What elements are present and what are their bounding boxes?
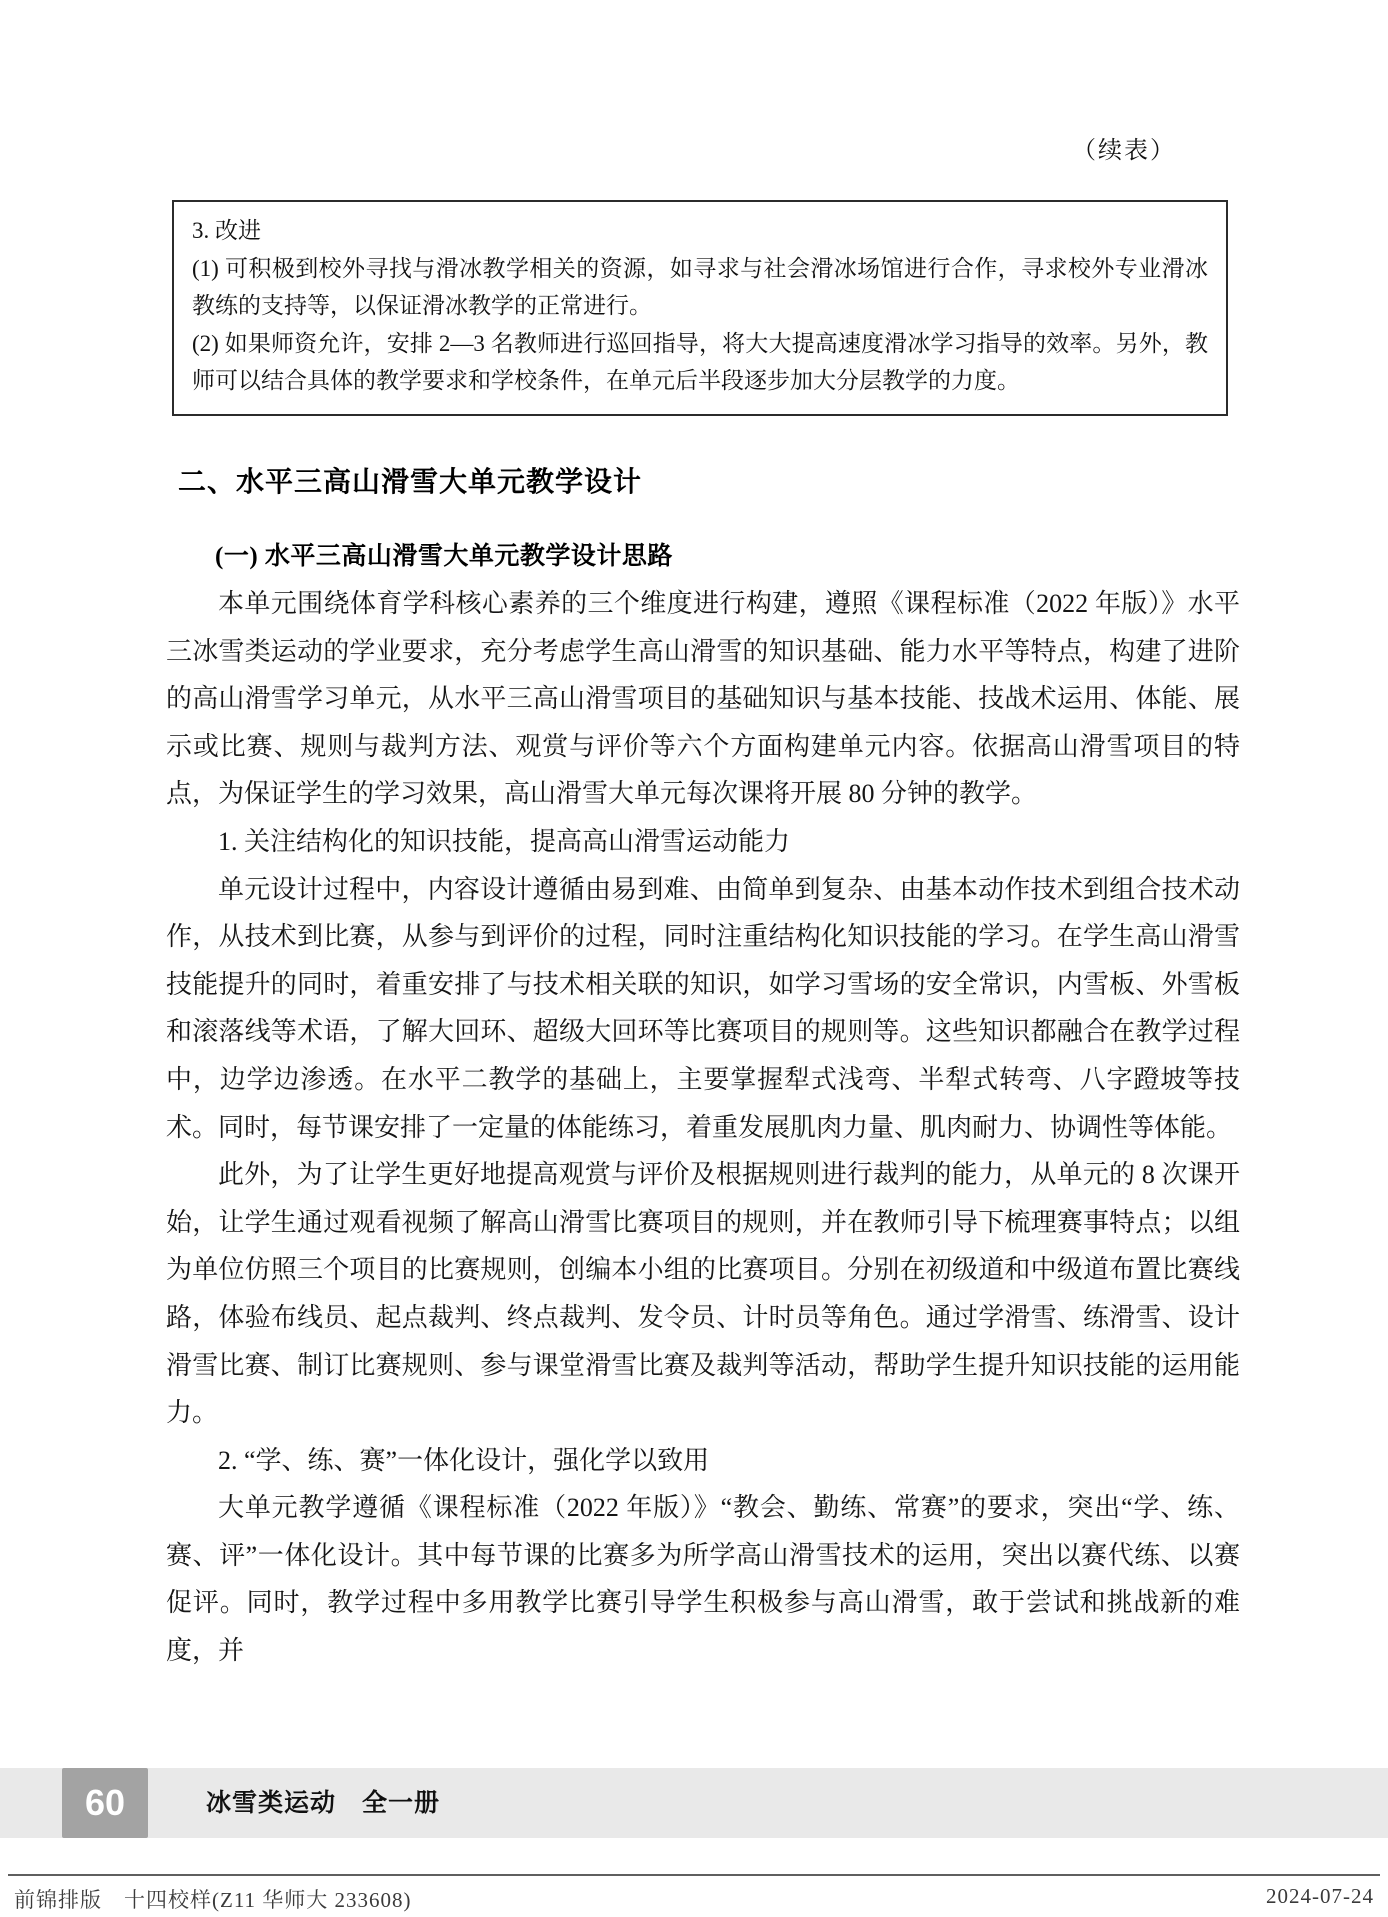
book-page: （续表） 3. 改进 (1) 可积极到校外寻找与滑冰教学相关的资源，如寻求与社会… [0, 0, 1388, 1917]
subsection-heading: (一) 水平三高山滑雪大单元教学设计思路 [215, 536, 673, 572]
continued-table-label: （续表） [1072, 130, 1176, 165]
print-info-right: 2024-07-24 [1266, 1884, 1374, 1909]
note-box-line: 3. 改进 [192, 212, 1208, 250]
numbered-subheading: 1. 关注结构化的知识技能，提高高山滑雪运动能力 [166, 818, 1240, 866]
note-box-line: (1) 可积极到校外寻找与滑冰教学相关的资源，如寻求与社会滑冰场馆进行合作，寻求… [192, 250, 1208, 325]
paragraph: 单元设计过程中，内容设计遵循由易到难、由简单到复杂、由基本动作技术到组合技术动作… [166, 866, 1240, 1152]
footer-band: 60 冰雪类运动 全一册 [0, 1768, 1388, 1838]
book-title: 冰雪类运动 全一册 [206, 1768, 440, 1838]
numbered-subheading: 2. “学、练、赛”一体化设计，强化学以致用 [166, 1437, 1240, 1485]
note-box-line: (2) 如果师资允许，安排 2—3 名教师进行巡回指导，将大大提高速度滑冰学习指… [192, 325, 1208, 400]
page-number-badge: 60 [62, 1768, 148, 1838]
paragraph: 此外，为了让学生更好地提高观赏与评价及根据规则进行裁判的能力，从单元的 8 次课… [166, 1151, 1240, 1437]
body-text: 本单元围绕体育学科核心素养的三个维度进行构建，遵照《课程标准（2022 年版）》… [166, 580, 1240, 1675]
footer-divider [8, 1874, 1380, 1876]
print-info-left: 前锦排版 十四校样(Z11 华师大 233608) [14, 1884, 412, 1914]
paragraph: 本单元围绕体育学科核心素养的三个维度进行构建，遵照《课程标准（2022 年版）》… [166, 580, 1240, 818]
section-heading: 二、水平三高山滑雪大单元教学设计 [178, 460, 642, 500]
improvement-note-box: 3. 改进 (1) 可积极到校外寻找与滑冰教学相关的资源，如寻求与社会滑冰场馆进… [172, 200, 1228, 416]
paragraph: 大单元教学遵循《课程标准（2022 年版）》“教会、勤练、常赛”的要求，突出“学… [166, 1484, 1240, 1674]
